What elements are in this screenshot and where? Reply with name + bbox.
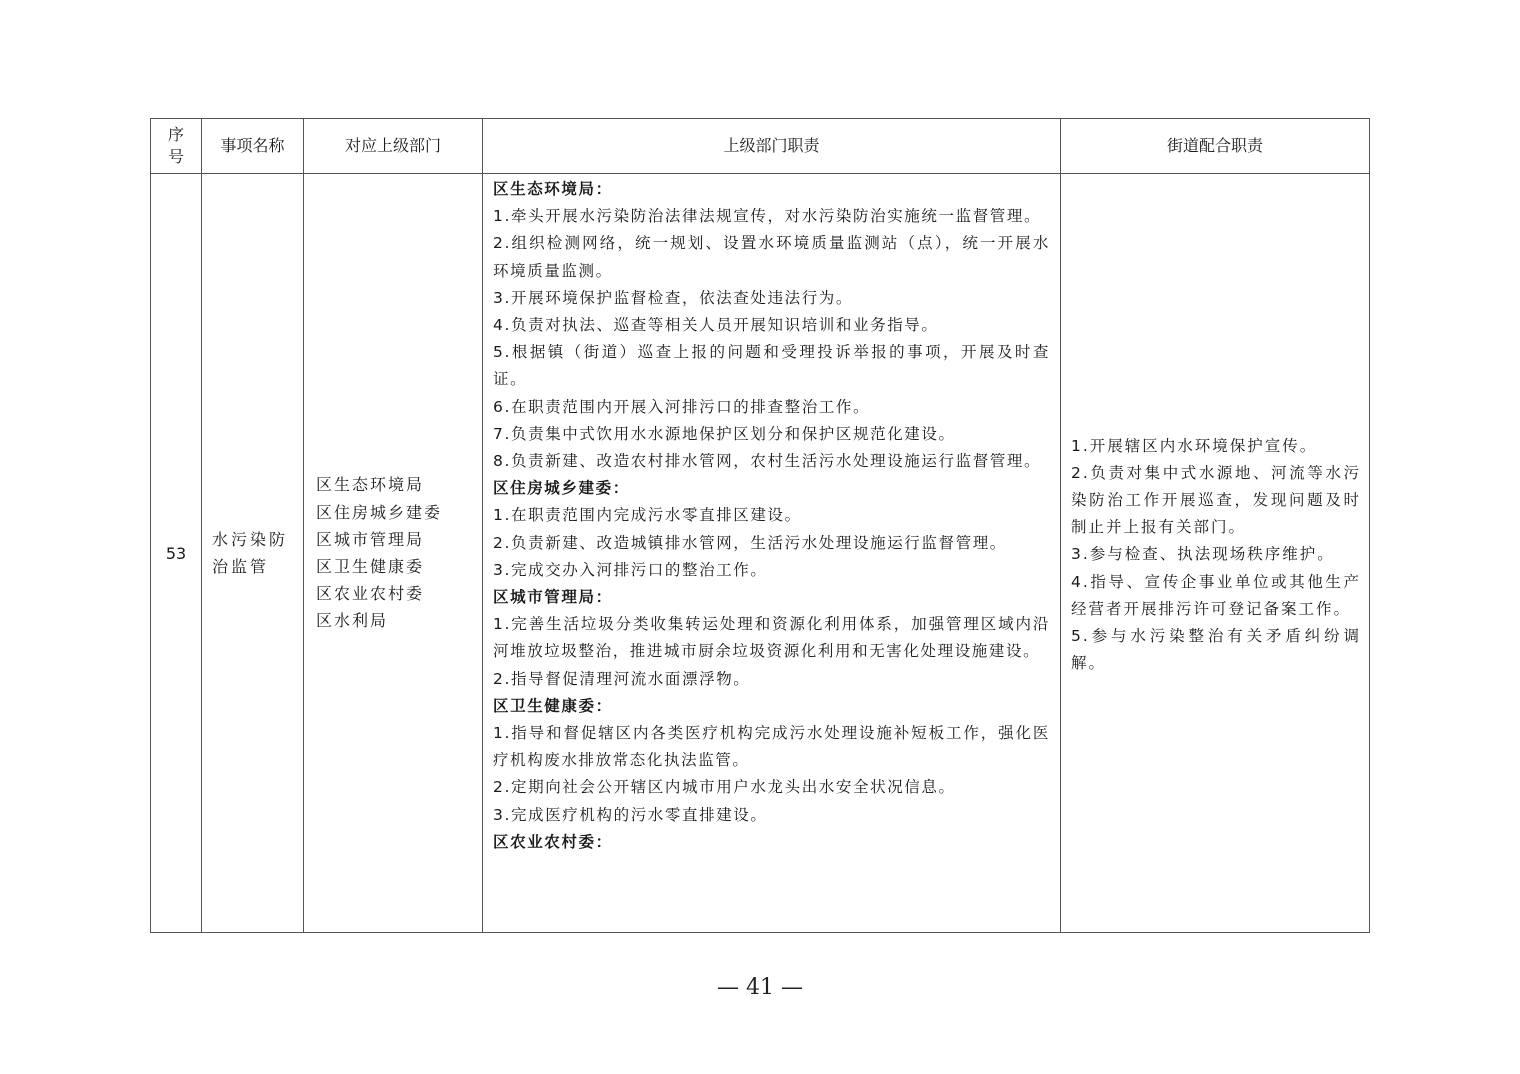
section-title: 区生态环境局： — [493, 176, 1050, 203]
row-upper-duties: 区生态环境局： 1.牵头开展水污染防治法律法规宣传，对水污染防治实施统一监督管理… — [483, 174, 1061, 933]
header-upper-duties: 上级部门职责 — [483, 119, 1061, 174]
duty-section-eco-env: 区生态环境局： 1.牵头开展水污染防治法律法规宣传，对水污染防治实施统一监督管理… — [493, 176, 1050, 475]
duty-item: 3.开展环境保护监督检查，依法查处违法行为。 — [493, 285, 1050, 312]
header-street-duties: 街道配合职责 — [1061, 119, 1370, 174]
duty-table: 序 号 事项名称 对应上级部门 上级部门职责 街道配合职责 53 水污染防治监管… — [150, 118, 1370, 933]
street-duty-item: 4.指导、宣传企事业单位或其他生产经营者开展排污许可登记备案工作。 — [1071, 569, 1361, 623]
duty-item: 3.完成交办入河排污口的整治工作。 — [493, 557, 1050, 584]
page-number: — 41 — — [0, 975, 1520, 1000]
row-street-duties: 1.开展辖区内水环境保护宣传。 2.负责对集中式水源地、河流等水污染防治工作开展… — [1061, 174, 1370, 933]
street-duty-item: 5.参与水污染整治有关矛盾纠纷调解。 — [1071, 623, 1361, 677]
section-title: 区住房城乡建委： — [493, 475, 1050, 502]
duty-section-housing: 区住房城乡建委： 1.在职责范围内完成污水零直排区建设。 2.负责新建、改造城镇… — [493, 475, 1050, 584]
duty-item: 1.在职责范围内完成污水零直排区建设。 — [493, 502, 1050, 529]
row-seq: 53 — [151, 174, 202, 933]
duty-section-city-mgmt: 区城市管理局： 1.完善生活垃圾分类收集转运处理和资源化利用体系，加强管理区域内… — [493, 584, 1050, 693]
street-duty-item: 2.负责对集中式水源地、河流等水污染防治工作开展巡查，发现问题及时制止并上报有关… — [1071, 460, 1361, 542]
header-upper-dept: 对应上级部门 — [304, 119, 483, 174]
duty-item: 7.负责集中式饮用水水源地保护区划分和保护区规范化建设。 — [493, 421, 1050, 448]
duty-item: 6.在职责范围内开展入河排污口的排查整治工作。 — [493, 394, 1050, 421]
duty-item: 2.负责新建、改造城镇排水管网，生活污水处理设施运行监督管理。 — [493, 530, 1050, 557]
header-seq: 序 号 — [151, 119, 202, 174]
upper-dept-name: 区卫生健康委 — [316, 553, 482, 580]
row-item-name: 水污染防治监管 — [202, 174, 304, 933]
duty-item: 2.组织检测网络，统一规划、设置水环境质量监测站（点），统一开展水环境质量监测。 — [493, 230, 1050, 284]
header-item-name: 事项名称 — [202, 119, 304, 174]
duty-item: 3.完成医疗机构的污水零直排建设。 — [493, 802, 1050, 829]
duty-item: 2.指导督促清理河流水面漂浮物。 — [493, 666, 1050, 693]
duty-item: 8.负责新建、改造农村排水管网，农村生活污水处理设施运行监督管理。 — [493, 448, 1050, 475]
header-seq-line1: 序 — [151, 124, 201, 146]
table-row: 53 水污染防治监管 区生态环境局 区住房城乡建委 区城市管理局 区卫生健康委 … — [151, 174, 1370, 933]
row-upper-depts: 区生态环境局 区住房城乡建委 区城市管理局 区卫生健康委 区农业农村委 区水利局 — [304, 174, 483, 933]
upper-dept-name: 区城市管理局 — [316, 526, 482, 553]
duty-item: 2.定期向社会公开辖区内城市用户水龙头出水安全状况信息。 — [493, 774, 1050, 801]
duty-section-health: 区卫生健康委： 1.指导和督促辖区内各类医疗机构完成污水处理设施补短板工作，强化… — [493, 693, 1050, 829]
duty-item: 1.指导和督促辖区内各类医疗机构完成污水处理设施补短板工作，强化医疗机构废水排放… — [493, 720, 1050, 774]
section-title: 区城市管理局： — [493, 584, 1050, 611]
street-duty-item: 1.开展辖区内水环境保护宣传。 — [1071, 433, 1361, 460]
section-title: 区农业农村委： — [493, 829, 1050, 856]
street-duty-item: 3.参与检查、执法现场秩序维护。 — [1071, 541, 1361, 568]
duty-item: 1.完善生活垃圾分类收集转运处理和资源化利用体系，加强管理区域内沿河堆放垃圾整治… — [493, 611, 1050, 665]
upper-dept-name: 区住房城乡建委 — [316, 499, 482, 526]
duty-item: 4.负责对执法、巡查等相关人员开展知识培训和业务指导。 — [493, 312, 1050, 339]
upper-dept-name: 区水利局 — [316, 607, 482, 634]
duty-item: 1.牵头开展水污染防治法律法规宣传，对水污染防治实施统一监督管理。 — [493, 203, 1050, 230]
table-header-row: 序 号 事项名称 对应上级部门 上级部门职责 街道配合职责 — [151, 119, 1370, 174]
section-title: 区卫生健康委： — [493, 693, 1050, 720]
duty-section-agriculture: 区农业农村委： — [493, 829, 1050, 856]
upper-dept-name: 区农业农村委 — [316, 580, 482, 607]
header-seq-line2: 号 — [151, 146, 201, 168]
duty-item: 5.根据镇（街道）巡查上报的问题和受理投诉举报的事项，开展及时查证。 — [493, 339, 1050, 393]
upper-dept-name: 区生态环境局 — [316, 471, 482, 498]
